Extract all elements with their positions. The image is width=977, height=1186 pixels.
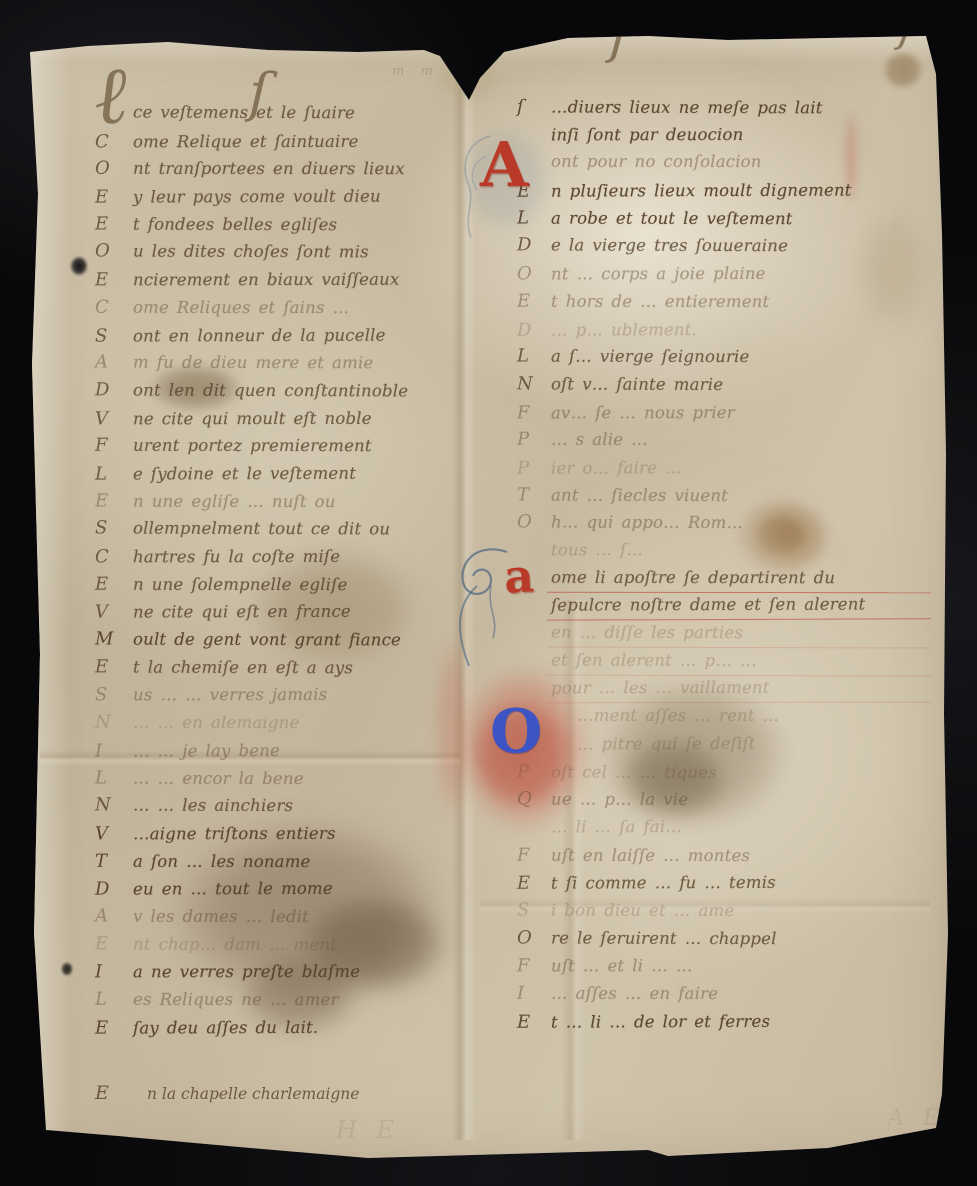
line-text: ont pour no conſolacion [551, 152, 762, 171]
footer-line: En la chapelle charlemaigne [95, 1082, 359, 1104]
line-text: ſay deu aſſes du lait. [133, 1018, 318, 1038]
line-text: uſt … et li … … [551, 956, 693, 975]
line-initial: E [95, 269, 133, 290]
line-initial: L [517, 207, 551, 228]
manuscript-line: Et ſi comme … fu … temis [517, 872, 933, 901]
manuscript-line: Les Reliques ne … amer [95, 989, 461, 1017]
stain [430, 56, 504, 100]
manuscript-line: D… p… ublement. [517, 318, 933, 347]
parchment-leaf: ce veſtemens et le ſuaireCome Relique et… [0, 0, 977, 1186]
line-initial: C [95, 546, 133, 567]
line-text: ome li apoſtre ſe departirent du [551, 567, 835, 586]
manuscript-line: I… … je lay bene [95, 739, 461, 768]
line-text: eu en … tout le mome [133, 879, 333, 899]
stain [61, 962, 73, 976]
manuscript-line: Sollempnelment tout ce dit ou [95, 518, 461, 547]
line-text: nt chap… dam … ment [133, 934, 337, 954]
manuscript-line: ſ…diuers lieux ne meſe pas lait [517, 96, 933, 125]
line-initial: L [95, 463, 133, 484]
line-initial: E [95, 213, 133, 234]
line-text: et ſen alerent … p… … [551, 650, 757, 670]
line-text: m fu de dieu mere et amie [133, 353, 373, 373]
line-initial: V [95, 602, 133, 623]
line-initial: L [517, 346, 551, 367]
line-initial: L [95, 767, 133, 788]
text-column-right: ſ…diuers lieux ne meſe pas laitinſi ſont… [517, 97, 933, 1038]
line-text: a ſ… vierge ſeignourie [551, 347, 750, 366]
manuscript-line: Ey leur pays come voult dieu [95, 185, 461, 214]
line-initial: I [517, 983, 551, 1004]
line-initial: E [95, 1017, 133, 1038]
footer-initial: E [95, 1082, 147, 1104]
line-text: a ſon … les noname [133, 851, 311, 870]
line-text: ant … ſiecles viuent [551, 485, 728, 504]
line-text: ue … p… la vie [551, 790, 688, 809]
manuscript-line: Encierement en biaux vaiſſeaux [95, 269, 461, 297]
manuscript-line: Ont … corps a joie plaine [517, 263, 933, 292]
line-text: pour … les … vaillament [551, 678, 770, 697]
line-initial: C [95, 297, 133, 318]
line-initial: D [95, 379, 133, 400]
manuscript-line: Ou les dites choſes ſont mis [95, 241, 461, 270]
line-initial: F [517, 844, 551, 865]
manuscript-line: P… s alie … [517, 429, 933, 457]
line-initial: E [517, 873, 551, 894]
line-initial: ſ [517, 96, 551, 117]
line-initial: N [95, 712, 133, 733]
line-initial: P [517, 458, 551, 479]
manuscript-line: Pier o… faire … [517, 456, 933, 485]
line-text: en … diſſe les parties [551, 623, 743, 642]
line-initial: S [95, 518, 133, 539]
stain [882, 50, 924, 90]
pen-flourish-ascender: ℓ [92, 55, 129, 137]
manuscript-line: Furent portez premierement [95, 435, 461, 463]
line-initial: Q [517, 789, 551, 810]
decorated-initial-O: O [490, 702, 542, 762]
line-text: v les dames … ledit [133, 907, 309, 926]
line-text: ne cite qui moult eſt noble [133, 408, 372, 427]
line-initial: A [95, 352, 133, 373]
manuscript-line: Fuſt en laiſſe … montes [517, 844, 933, 872]
line-text: ne cite qui eſt en france [133, 602, 351, 622]
manuscript-line: et ſen alerent … p… … [517, 650, 933, 679]
line-text: oſt v… ſainte marie [551, 374, 723, 394]
line-text: ce veſtemens et le ſuaire [133, 103, 355, 123]
manuscript-line: Ent chap… dam … ment [95, 933, 461, 962]
manuscript-line: Av les dames … ledit [95, 905, 461, 934]
line-text: u les dites choſes ſont mis [133, 242, 369, 262]
line-initial: E [95, 933, 133, 954]
line-text: es Reliques ne … amer [133, 990, 339, 1009]
line-initial: V [95, 823, 133, 844]
manuscript-line: Le ſydoine et le veſtement [95, 462, 461, 491]
manuscript-line: Sont en lonneur de la pucelle [95, 324, 461, 353]
manuscript-line: Come Reliques et ſains … [95, 297, 461, 325]
line-text: … … je lay bene [133, 741, 280, 761]
line-initial: T [95, 850, 133, 871]
line-initial: D [517, 319, 551, 340]
manuscript-line: I… aſſes … en faire [517, 983, 933, 1011]
line-initial: S [517, 899, 551, 920]
line-text: … … les ainchiers [133, 796, 293, 816]
line-initial: F [517, 402, 551, 423]
line-initial: S [95, 325, 133, 346]
line-text: … p… ublement. [551, 320, 697, 340]
manuscript-line: Am fu de dieu mere et amie [95, 352, 461, 381]
offset-mark: H E [336, 1116, 400, 1144]
line-initial: D [95, 879, 133, 900]
manuscript-line: ſepulcre noſtre dame et ſen alerent [517, 595, 933, 624]
offset-mark: A E [888, 1106, 945, 1131]
manuscript-line: La robe et tout le veſtement [517, 207, 933, 236]
line-text: re le ſeruirent … chappel [551, 928, 777, 948]
manuscript-line: Fav… ſe … nous prier [517, 401, 933, 430]
manuscript-line: … li … ſa fai… [517, 816, 933, 845]
line-text: av… ſe … nous prier [551, 403, 735, 422]
line-initial: N [95, 795, 133, 816]
manuscript-line: en … diſſe les parties [517, 623, 933, 652]
manuscript-line: Deu en … tout le mome [95, 878, 461, 907]
manuscript-line: Fuſt … et li … … [517, 955, 933, 984]
line-text: oult de gent vont grant fiance [133, 630, 401, 650]
line-text: e la vierge tres ſouueraine [551, 236, 788, 256]
manuscript-line: Sus … … verres jamais [95, 684, 461, 712]
manuscript-line: Noſt v… ſainte marie [517, 373, 933, 402]
line-initial: V [95, 408, 133, 429]
line-text: t hors de … entierement [551, 292, 769, 311]
pen-flourish-ascender: ſ [248, 66, 270, 121]
line-text: y leur pays come voult dieu [133, 187, 381, 207]
manuscript-line: Poſt cel … … tiques [517, 761, 933, 790]
line-text: n pluſieurs lieux moult dignement [551, 181, 852, 201]
line-text: ncierement en biaux vaiſſeaux [133, 270, 399, 290]
manuscript-line: pour … les … vaillament [517, 678, 933, 707]
line-text: e ſydoine et le veſtement [133, 464, 356, 484]
manuscript-line: ont pour no conſolacion [517, 152, 933, 180]
line-text: … aſſes … en faire [551, 984, 718, 1003]
line-text: t fondees belles egliſes [133, 214, 337, 233]
line-initial: L [95, 989, 133, 1010]
line-initial: M [95, 629, 133, 650]
line-text: ollempnelment tout ce dit ou [133, 519, 390, 539]
manuscript-line: Come Relique et ſaintuaire [95, 130, 461, 158]
line-initial: A [95, 905, 133, 926]
manuscript-line: Eſay deu aſſes du lait. [95, 1016, 461, 1045]
manuscript-line: Tant … ſiecles viuent [517, 484, 933, 513]
line-text: hartres fu la coſte miſe [133, 547, 340, 566]
line-initial: E [517, 291, 551, 312]
line-initial: E [95, 187, 133, 208]
line-text: t … li … de lor et ferres [551, 1012, 770, 1032]
manuscript-line: Moult de gent vont grant fiance [95, 629, 461, 658]
manuscript-line: Vne cite qui moult eſt noble [95, 407, 461, 435]
line-text: uſt en laiſſe … montes [551, 845, 750, 864]
manuscript-line: Et fondees belles egliſes [95, 213, 461, 242]
line-initial: D [517, 235, 551, 256]
manuscript-line: Chartres fu la coſte miſe [95, 546, 461, 574]
line-initial: O [517, 927, 551, 948]
line-initial: O [517, 263, 551, 284]
decorated-initial-a: a [503, 552, 535, 599]
line-text: ont en lonneur de la pucelle [133, 325, 386, 345]
line-text: ont len dit quen conſtantinoble [133, 380, 408, 400]
manuscript-line: Vne cite qui eſt en france [95, 601, 461, 630]
line-initial: E [95, 573, 133, 594]
manuscript-line: En une egliſe … nuſt ou [95, 490, 461, 519]
line-text: nt … corps a joie plaine [551, 264, 766, 283]
line-text: … … encor la bene [133, 768, 304, 787]
manuscript-line: ce veſtemens et le ſuaire [95, 102, 461, 131]
line-text: h… qui appo… Rom… [551, 513, 743, 533]
line-initial: O [95, 158, 133, 179]
line-initial: O [95, 241, 133, 262]
text-column-left: ce veſtemens et le ſuaireCome Relique et… [95, 103, 461, 1044]
offset-mark: m m [392, 64, 439, 79]
manuscript-line: Oh… qui appo… Rom… [517, 512, 933, 541]
line-initial: S [95, 685, 133, 706]
line-text: t la chemiſe en eſt a ays [133, 657, 353, 677]
line-text: … li … ſa fai… [551, 817, 682, 836]
line-text: … pitre qui ſe deſiſt [551, 734, 756, 754]
line-initial: T [517, 484, 551, 505]
manuscript-line: Si bon dieu et … ame [517, 899, 933, 928]
manuscript-line: Et hors de … entierement [517, 291, 933, 319]
line-text: a robe et tout le veſtement [551, 208, 793, 228]
line-text: oſt cel … … tiques [551, 762, 717, 781]
decorated-initial-A: A [480, 134, 528, 196]
line-initial: N [517, 373, 551, 394]
line-initial: F [95, 435, 133, 456]
manuscript-line: Ont tranſportees en diuers lieux [95, 158, 461, 186]
line-text: … s alie … [551, 430, 648, 449]
line-text: inſi ſont par deuocion [551, 125, 744, 144]
manuscript-line: De la vierge tres ſouueraine [517, 235, 933, 264]
line-text: ome Relique et ſaintuaire [133, 132, 359, 151]
line-text: …ment aſſes … rent … [551, 706, 779, 725]
manuscript-line: Ia ne verres preſte blaſme [95, 961, 461, 989]
line-text: n une egliſe … nuſt ou [133, 491, 336, 510]
manuscript-line: inſi ſont par deuocion [517, 124, 933, 153]
line-initial: I [95, 962, 133, 983]
manuscript-line: Et la chemiſe en eſt a ays [95, 656, 461, 685]
line-text: n une ſolempnelle egliſe [133, 574, 347, 593]
manuscript-line: La ſ… vierge ſeignourie [517, 346, 933, 375]
parchment-top-edge-highlight [30, 36, 930, 62]
line-text: ome Reliques et ſains … [133, 298, 349, 317]
footer-text: n la chapelle charlemaigne [147, 1085, 359, 1103]
manuscript-line: …ment aſſes … rent … [517, 706, 933, 734]
line-text: ſepulcre noſtre dame et ſen alerent [551, 595, 865, 615]
manuscript-line: En pluſieurs lieux moult dignement [517, 179, 933, 208]
manuscript-line: N… … en alemaigne [95, 712, 461, 740]
line-text: urent portez premierement [133, 436, 372, 455]
manuscript-line: ome li apoſtre ſe departirent du [517, 567, 933, 595]
line-initial: I [95, 740, 133, 761]
manuscript-line: L… … encor la bene [95, 767, 461, 796]
line-text: a ne verres preſte blaſme [133, 962, 360, 981]
manuscript-line: V…aigne triſtons entiers [95, 822, 461, 850]
line-text: us … … verres jamais [133, 685, 327, 704]
manuscript-line: Et … li … de lor et ferres [517, 1010, 933, 1039]
line-initial: P [517, 429, 551, 450]
stain [70, 256, 88, 276]
pen-flourish-ascender: ſ [608, 9, 631, 62]
line-initial: E [95, 656, 133, 677]
line-text: ier o… faire … [551, 458, 682, 477]
line-text: tous … ſ… [551, 540, 643, 559]
line-text: nt tranſportees en diuers lieux [133, 159, 405, 178]
manuscript-line: Ore le ſeruirent … chappel [517, 927, 933, 956]
line-text: t ſi comme … fu … temis [551, 873, 776, 893]
manuscript-line: En une ſolempnelle egliſe [95, 573, 461, 601]
line-initial: F [517, 956, 551, 977]
manuscript-line: N… … les ainchiers [95, 795, 461, 824]
manuscript-line: Que … p… la vie [517, 789, 933, 818]
line-text: …diuers lieux ne meſe pas lait [551, 97, 823, 117]
line-initial: E [95, 490, 133, 511]
line-text: …aigne triſtons entiers [133, 824, 336, 843]
line-text: … … en alemaigne [133, 713, 299, 732]
manuscript-line: Dont len dit quen conſtantinoble [95, 379, 461, 408]
line-initial: O [517, 512, 551, 533]
manuscript-line: tous … ſ… [517, 540, 933, 569]
manuscript-line: Ta ſon … les noname [95, 850, 461, 878]
manuscript-line: … pitre qui ſe deſiſt [517, 733, 933, 762]
line-text: i bon dieu et … ame [551, 901, 734, 920]
line-initial: E [517, 1011, 551, 1032]
